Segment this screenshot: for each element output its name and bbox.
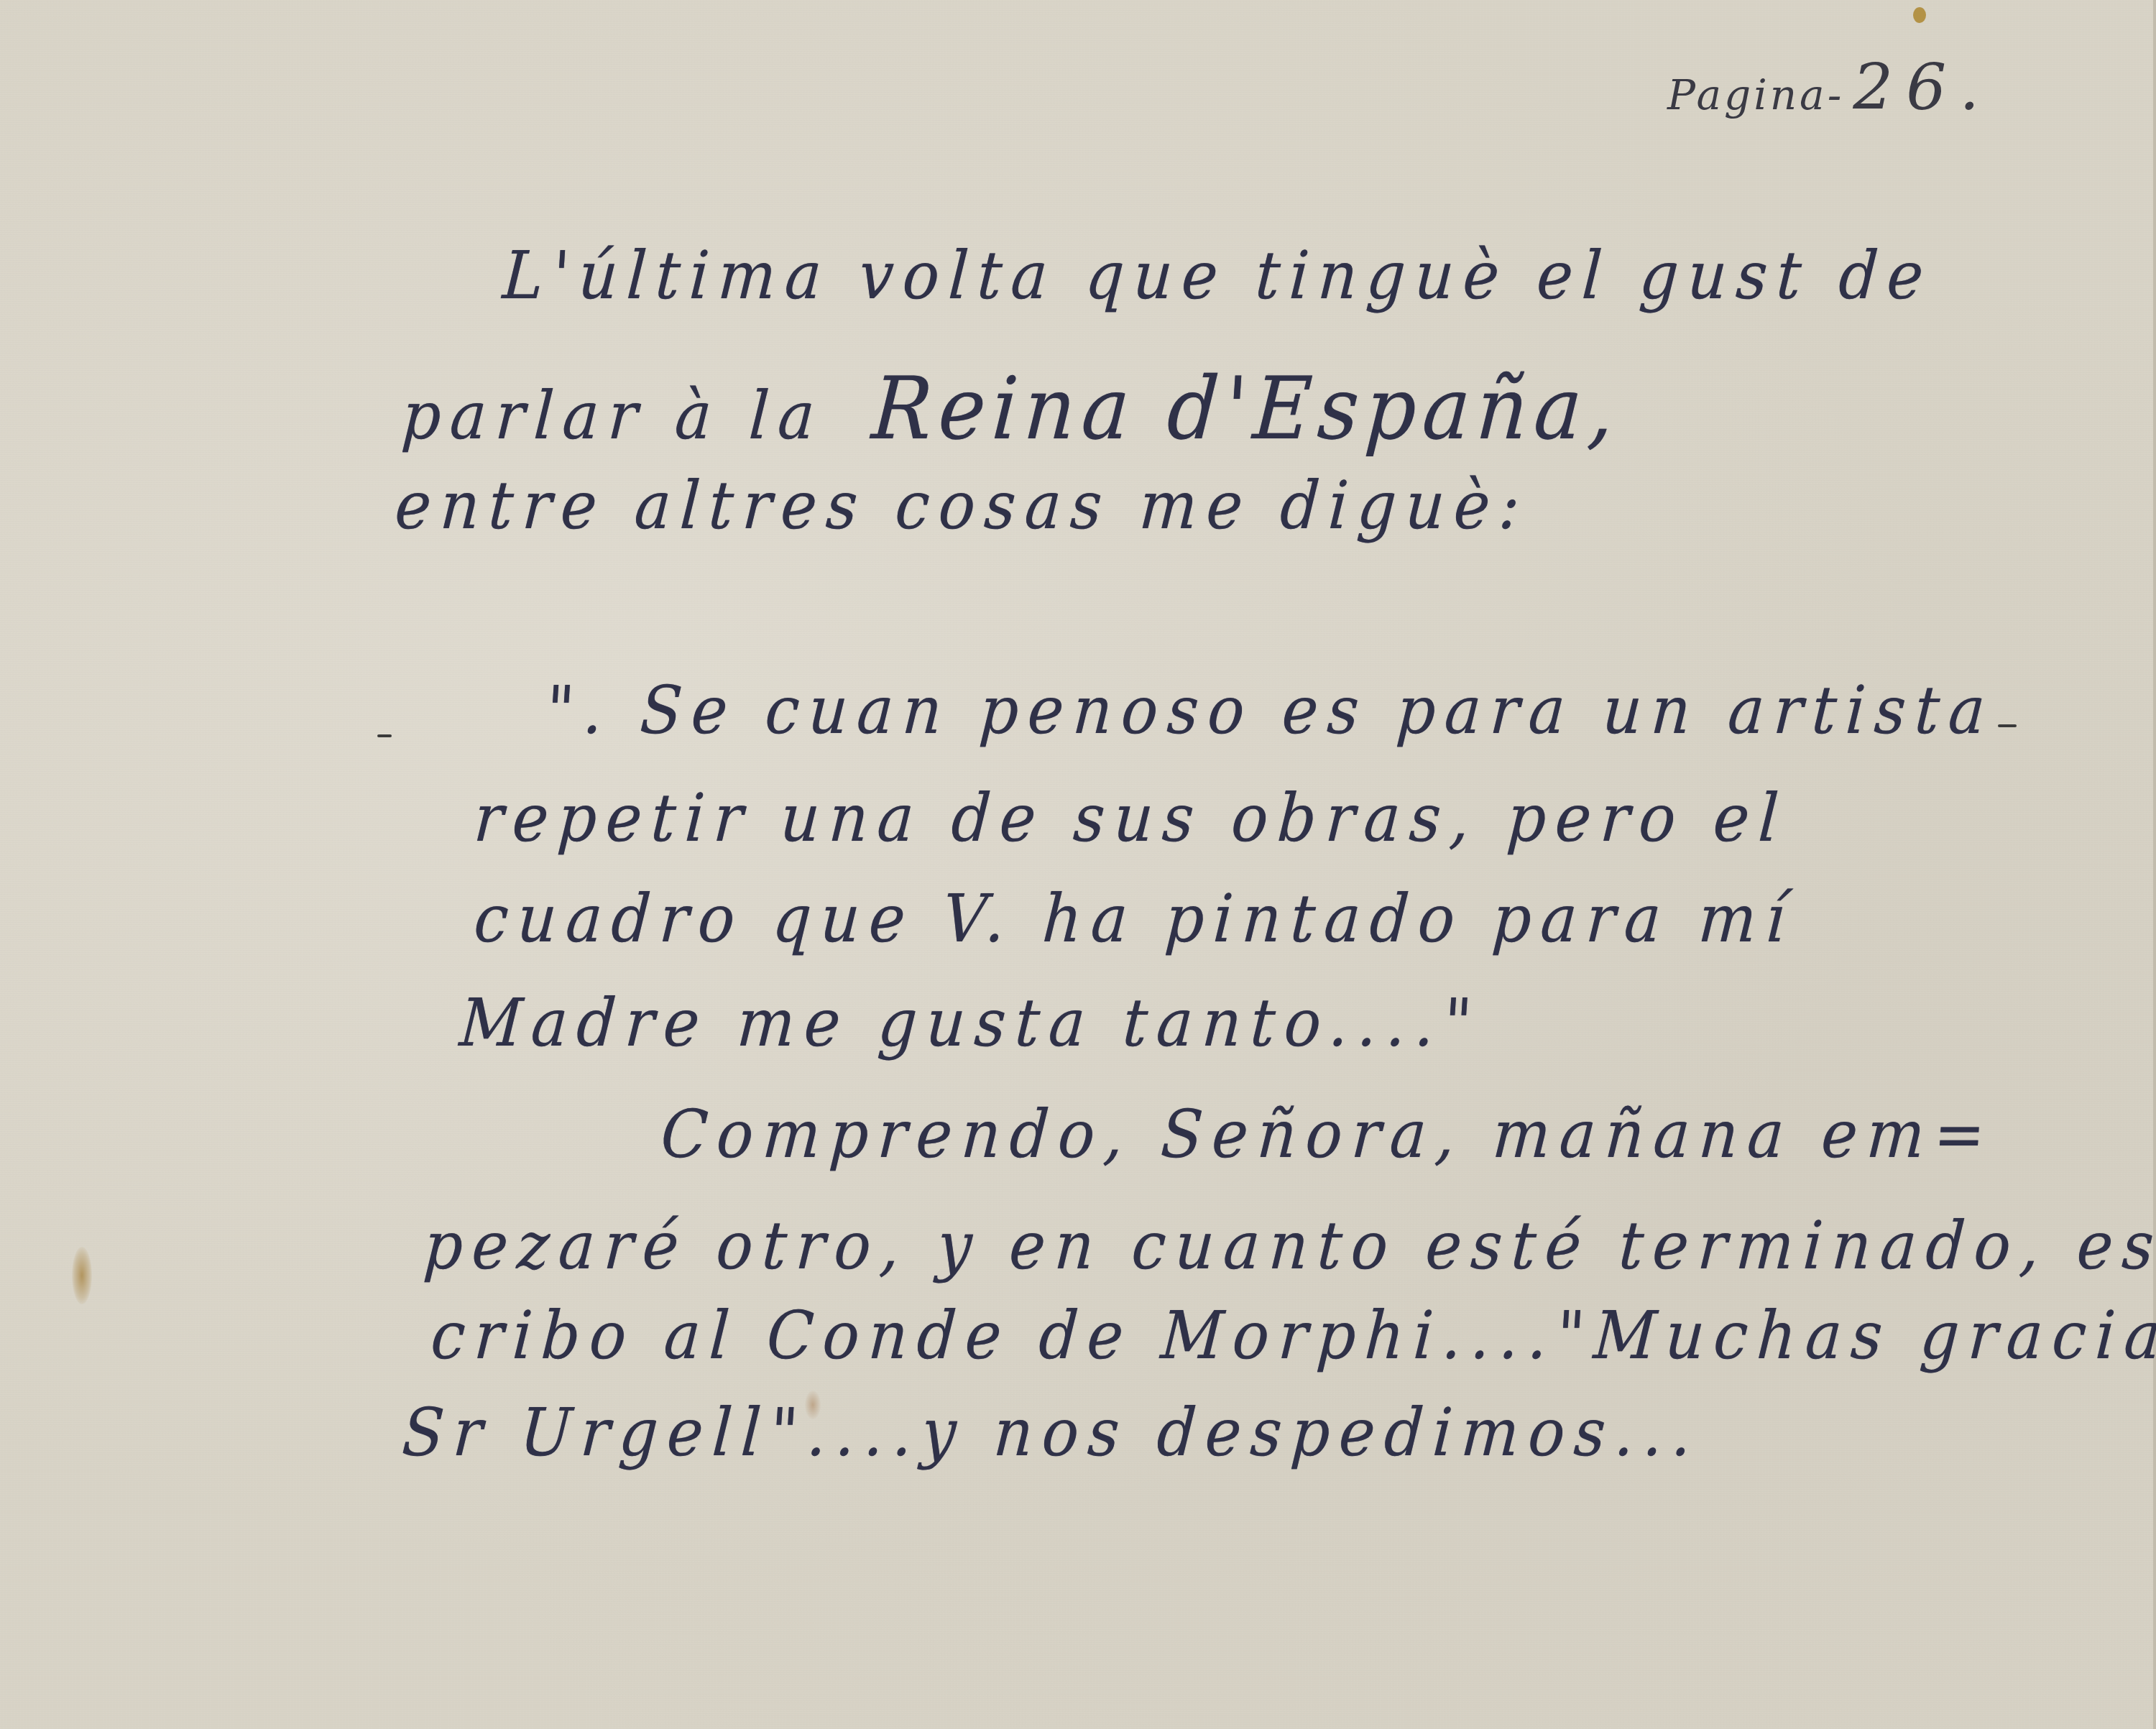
text-line-1: L'última volta que tinguè el gust de [501,237,1935,314]
text-line-5: repetir una de sus obras, pero el [472,780,1790,857]
text-line-11: Sr Urgell"....y nos despedimos... [400,1394,1703,1471]
manuscript-page: Pagina-26. L'última volta que tinguè el … [0,0,2156,1729]
text-line-3: entre altres cosas me diguè: [393,467,1531,544]
text-segment: parlar à la [400,377,826,454]
text-line-9: pezaré otro, y en cuanto esté terminado,… [422,1207,2156,1284]
page-dash: - [1828,70,1845,119]
text-line-8: Comprendo, Señora, mañana em= [659,1096,1997,1173]
page-number-value: 26. [1853,50,1992,124]
text-line-6: cuadro que V. ha pintado para mí [472,880,1797,957]
text-line-10: cribo al Conde de Morphi...."Muchas grac… [429,1297,2156,1374]
foxing-stain [72,1247,92,1304]
margin-mark [1998,724,2017,727]
text-line-4: ". Se cuan penoso es para un artista [544,672,1997,749]
paper-edge [2153,0,2156,1729]
text-line-7: Madre me gusta tanto...." [458,985,1483,1061]
margin-mark [377,734,392,737]
text-line-2: parlar à la Reina d'España, [400,359,1623,459]
page-label: Pagina [1667,70,1828,119]
text-segment-reina: Reina d'España, [870,359,1624,459]
ink-stain [1913,7,1926,23]
page-number: Pagina-26. [1667,50,1992,124]
